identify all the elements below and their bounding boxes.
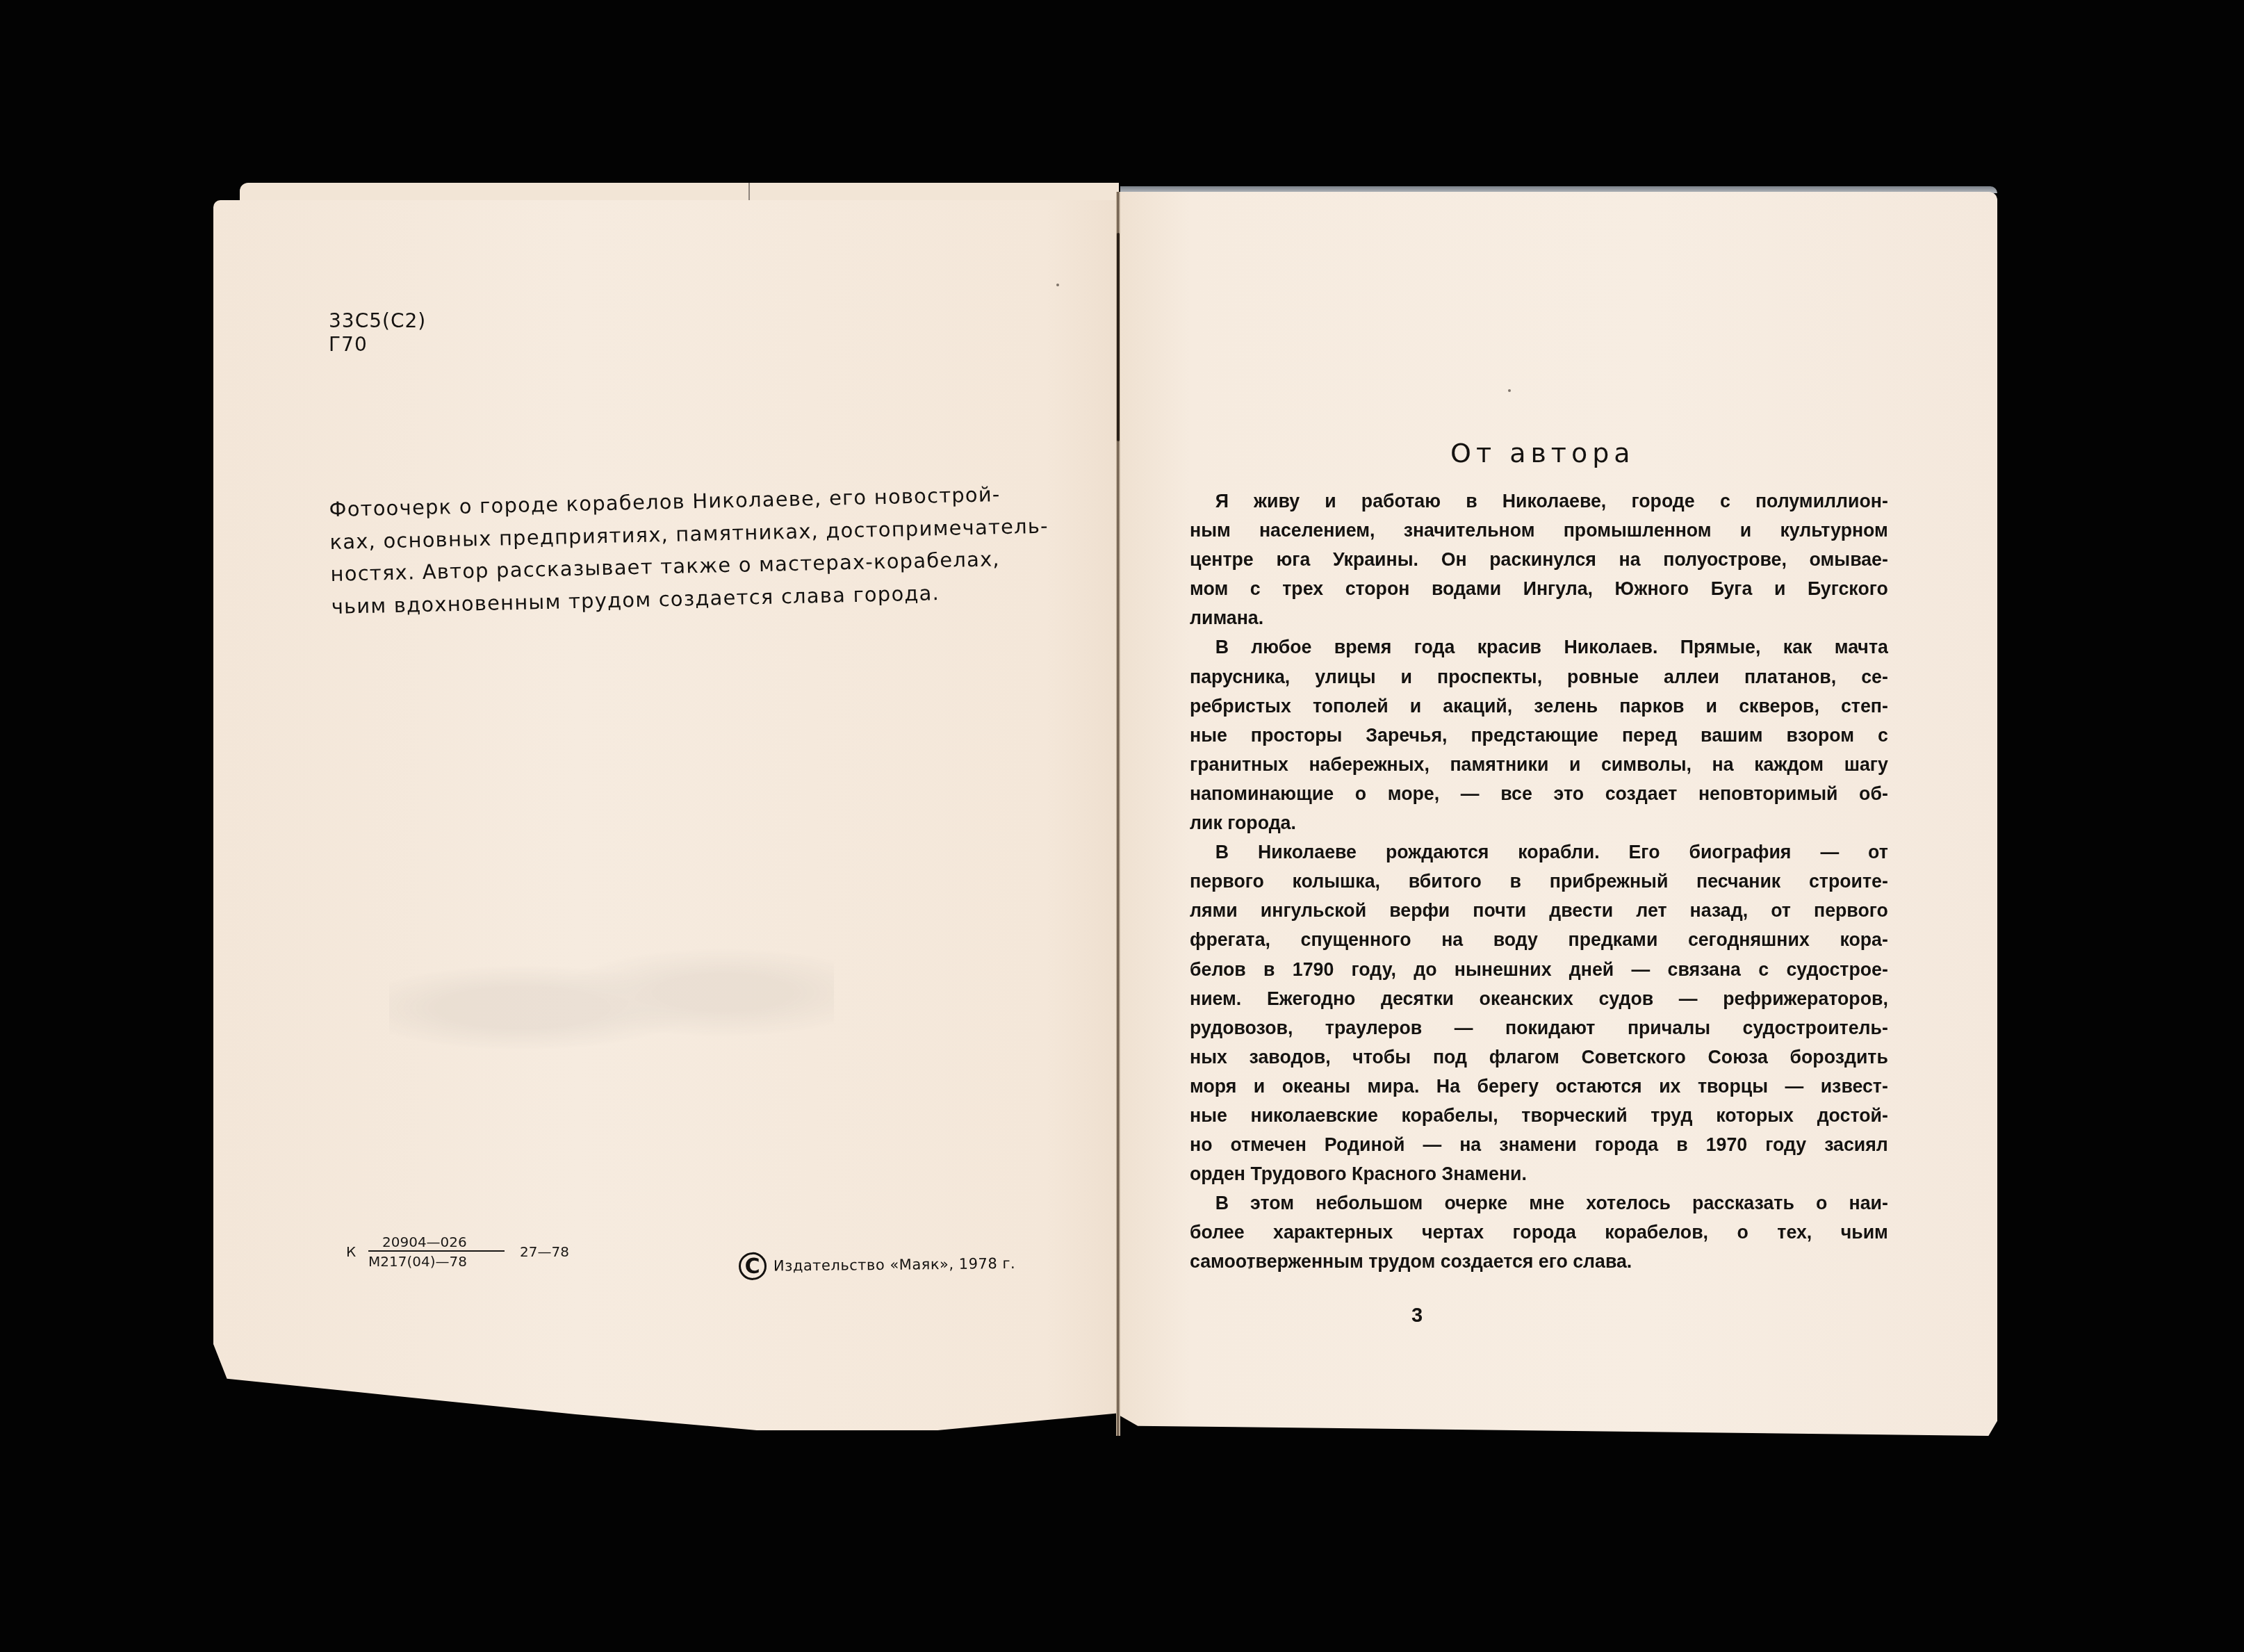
copyright-notice: C Издательство «Маяк», 1978 г. bbox=[739, 1250, 1015, 1280]
book-spread: 33С5(С2) Г70 Фотоочерк о городе корабело… bbox=[0, 0, 2244, 1652]
paper-speck bbox=[1248, 1266, 1251, 1269]
imprint-fraction: 20904—026 М217(04)—78 bbox=[368, 1234, 504, 1270]
page-number: 3 bbox=[1411, 1305, 1423, 1327]
text-line: В этом небольшом очерке мне хотелось рас… bbox=[1190, 1188, 1888, 1218]
text-line: ные николаевские корабелы, творческий тр… bbox=[1190, 1101, 1888, 1130]
text-line: лями ингульской верфи почти двести лет н… bbox=[1190, 896, 1888, 925]
chapter-body: Я живу и работаю в Николаеве, городе с п… bbox=[1190, 486, 1888, 1277]
text-line: белов в 1790 году, до нынешних дней — св… bbox=[1190, 955, 1888, 984]
show-through-illustration bbox=[389, 931, 834, 1084]
imprint-code: 27—78 bbox=[520, 1243, 569, 1260]
catalog-code-line: 33С5(С2) bbox=[329, 309, 426, 333]
text-line: первого колышка, вбитого в прибрежный пе… bbox=[1190, 867, 1888, 896]
text-line: центре юга Украины. Он раскинулся на пол… bbox=[1190, 545, 1888, 574]
catalog-code: 33С5(С2) Г70 bbox=[329, 309, 426, 357]
text-line: ные просторы Заречья, предстающие перед … bbox=[1190, 721, 1888, 750]
book-annotation: Фотоочерк о городе корабелов Николаеве, … bbox=[329, 477, 1054, 623]
imprint-letter: К bbox=[346, 1243, 356, 1260]
imprint-denominator: М217(04)—78 bbox=[368, 1252, 504, 1270]
text-line: орден Трудового Красного Знамени. bbox=[1190, 1159, 1888, 1188]
text-line: мом с трех сторон водами Ингула, Южного … bbox=[1190, 574, 1888, 603]
text-line: фрегата, спущенного на воду предками сег… bbox=[1190, 925, 1888, 954]
paper-speck bbox=[1508, 389, 1511, 392]
imprint-numerator: 20904—026 bbox=[368, 1234, 504, 1252]
fraction-rule bbox=[368, 1250, 505, 1252]
catalog-code-line: Г70 bbox=[329, 333, 426, 357]
copyright-text: Издательство «Маяк», 1978 г. bbox=[773, 1255, 1015, 1275]
text-line: моря и океаны мира. На берегу остаются и… bbox=[1190, 1072, 1888, 1101]
text-line: Я живу и работаю в Николаеве, городе с п… bbox=[1190, 486, 1888, 516]
text-line: но отмечен Родиной — на знамени города в… bbox=[1190, 1130, 1888, 1159]
text-line: ным населением, значительном промышленно… bbox=[1190, 516, 1888, 545]
text-line: В любое время года красив Николаев. Прям… bbox=[1190, 632, 1888, 662]
gutter-crack bbox=[1117, 233, 1120, 441]
text-line: нием. Ежегодно десятки океанских судов —… bbox=[1190, 984, 1888, 1013]
text-line: гранитных набережных, памятники и символ… bbox=[1190, 750, 1888, 779]
text-line: парусника, улицы и проспекты, ровные алл… bbox=[1190, 662, 1888, 692]
copyright-icon: C bbox=[739, 1252, 767, 1280]
text-line: лимана. bbox=[1190, 603, 1888, 632]
text-line: лик города. bbox=[1190, 808, 1888, 837]
text-line: самоотверженным трудом создается его сла… bbox=[1190, 1247, 1888, 1276]
text-line: рудовозов, траулеров — покидают причалы … bbox=[1190, 1013, 1888, 1042]
text-line: ребристых тополей и акаций, зелень парко… bbox=[1190, 692, 1888, 721]
text-line: В Николаеве рождаются корабли. Его биогр… bbox=[1190, 837, 1888, 867]
text-line: более характерных чертах города корабело… bbox=[1190, 1218, 1888, 1247]
chapter-heading: От автора bbox=[1450, 438, 1635, 468]
text-line: ных заводов, чтобы под флагом Советского… bbox=[1190, 1042, 1888, 1072]
text-line: напоминающие о море, — все это создает н… bbox=[1190, 779, 1888, 808]
paper-speck bbox=[1056, 284, 1059, 286]
